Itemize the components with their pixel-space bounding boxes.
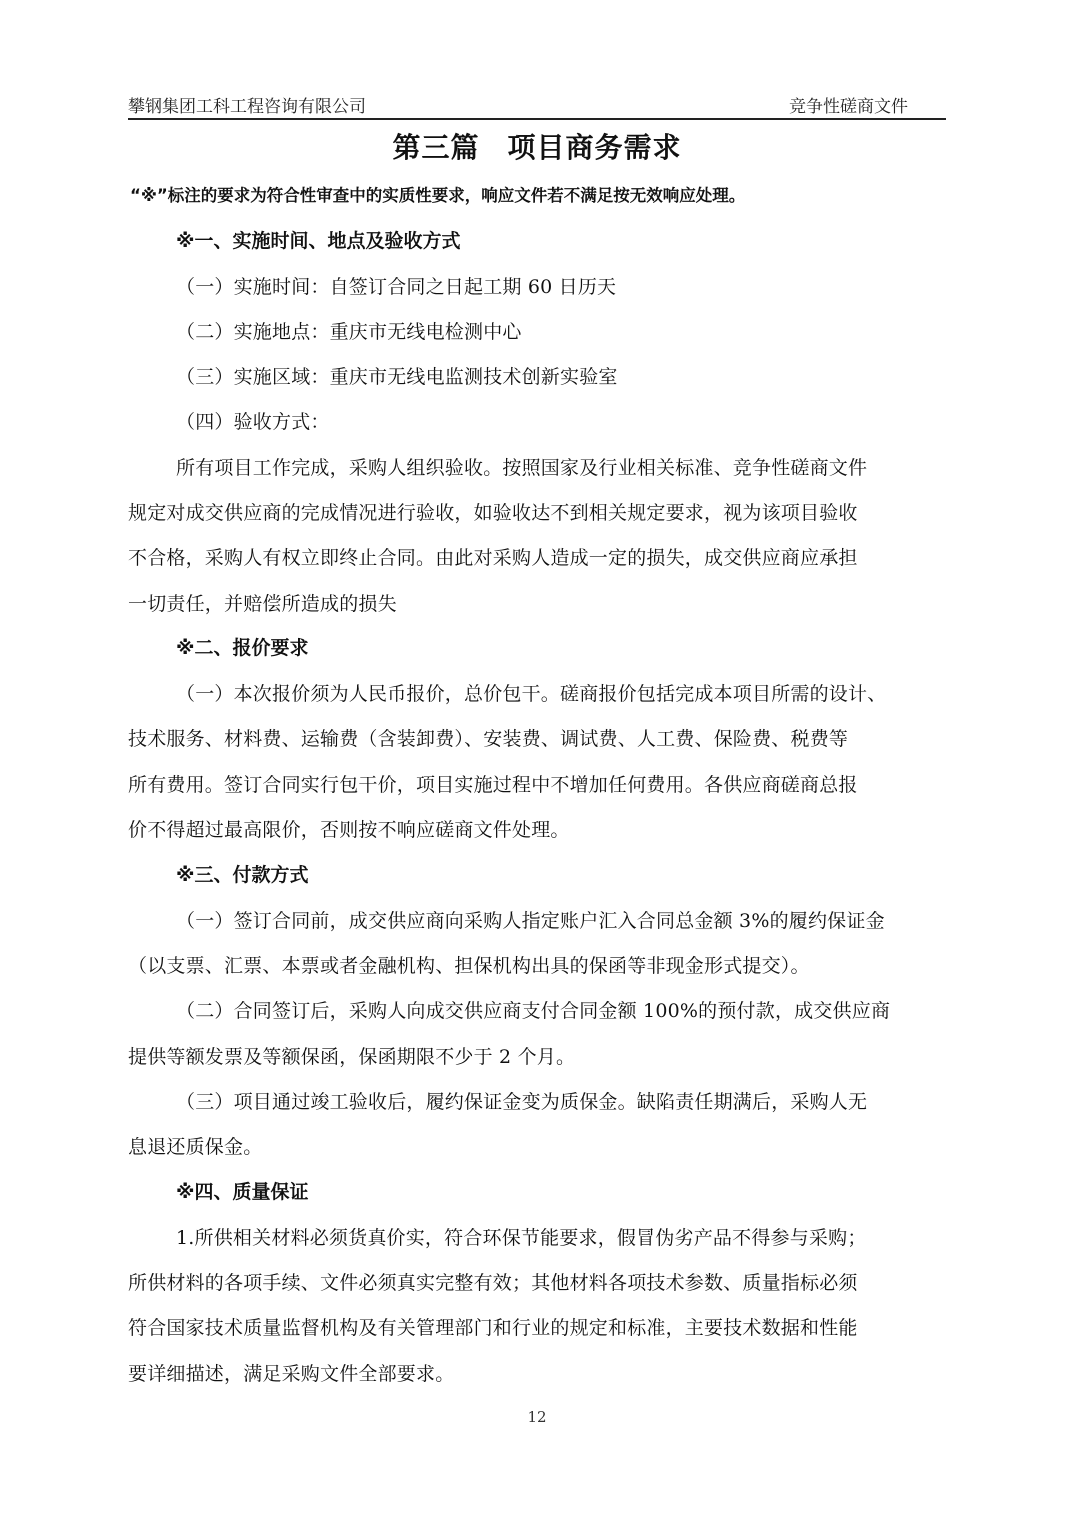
paragraph-line: （一）本次报价须为人民币报价，总价包干。磋商报价包括完成本项目所需的设计、 [176, 679, 996, 706]
section-heading-2: ※二、报价要求 [176, 633, 308, 660]
list-item: （四）验收方式： [176, 407, 996, 434]
company-name: 攀钢集团工科工程咨询有限公司 [128, 92, 366, 117]
paragraph-line: 要详细描述，满足采购文件全部要求。 [128, 1359, 948, 1386]
part-name: 项目商务需求 [508, 131, 682, 164]
paragraph-line: 所供材料的各项手续、文件必须真实完整有效；其他材料各项技术参数、质量指标必须 [128, 1268, 948, 1295]
document-type: 竞争性磋商文件 [789, 92, 908, 117]
section-heading-1: ※一、实施时间、地点及验收方式 [176, 226, 460, 253]
paragraph-line: （一）签订合同前，成交供应商向采购人指定账户汇入合同总金额 3%的履约保证金 [176, 906, 996, 933]
paragraph-line: 1.所供相关材料必须货真价实，符合环保节能要求，假冒伪劣产品不得参与采购； [176, 1223, 996, 1250]
part-label: 第三篇 [392, 131, 479, 164]
paragraph-line: 所有项目工作完成，采购人组织验收。按照国家及行业相关标准、竞争性磋商文件 [176, 453, 996, 480]
paragraph-line: （三）项目通过竣工验收后，履约保证金变为质保金。缺陷责任期满后，采购人无 [176, 1087, 996, 1114]
page-title: 第三篇项目商务需求 [0, 126, 1074, 166]
paragraph-line: （二）合同签订后，采购人向成交供应商支付合同金额 100%的预付款，成交供应商 [176, 996, 996, 1023]
paragraph-line: 提供等额发票及等额保函，保函期限不少于 2 个月。 [128, 1042, 948, 1069]
section-heading-4: ※四、质量保证 [176, 1177, 308, 1204]
page-number: 12 [0, 1408, 1074, 1426]
paragraph-line: 所有费用。签订合同实行包干价，项目实施过程中不增加任何费用。各供应商磋商总报 [128, 770, 948, 797]
paragraph-line: 一切责任，并赔偿所造成的损失 [128, 589, 948, 616]
list-item: （二）实施地点：重庆市无线电检测中心 [176, 317, 996, 344]
paragraph-line: 息退还质保金。 [128, 1132, 948, 1159]
paragraph-line: 技术服务、材料费、运输费（含装卸费）、安装费、调试费、人工费、保险费、税费等 [128, 724, 948, 751]
section-heading-3: ※三、付款方式 [176, 860, 308, 887]
paragraph-line: 符合国家技术质量监督机构及有关管理部门和行业的规定和标准，主要技术数据和性能 [128, 1313, 948, 1340]
list-item: （一）实施时间：自签订合同之日起工期 60 日历天 [176, 272, 996, 299]
paragraph-line: 不合格，采购人有权立即终止合同。由此对采购人造成一定的损失，成交供应商应承担 [128, 543, 948, 570]
page-header: 攀钢集团工科工程咨询有限公司 竞争性磋商文件 [128, 88, 946, 120]
paragraph-line: 规定对成交供应商的完成情况进行验收，如验收达不到相关规定要求，视为该项目验收 [128, 498, 948, 525]
notice-text: “※”标注的要求为符合性审查中的实质性要求，响应文件若不满足按无效响应处理。 [130, 182, 950, 206]
paragraph-line: 价不得超过最高限价，否则按不响应磋商文件处理。 [128, 815, 948, 842]
list-item: （三）实施区域：重庆市无线电监测技术创新实验室 [176, 362, 996, 389]
paragraph-line: （以支票、汇票、本票或者金融机构、担保机构出具的保函等非现金形式提交）。 [128, 951, 948, 978]
